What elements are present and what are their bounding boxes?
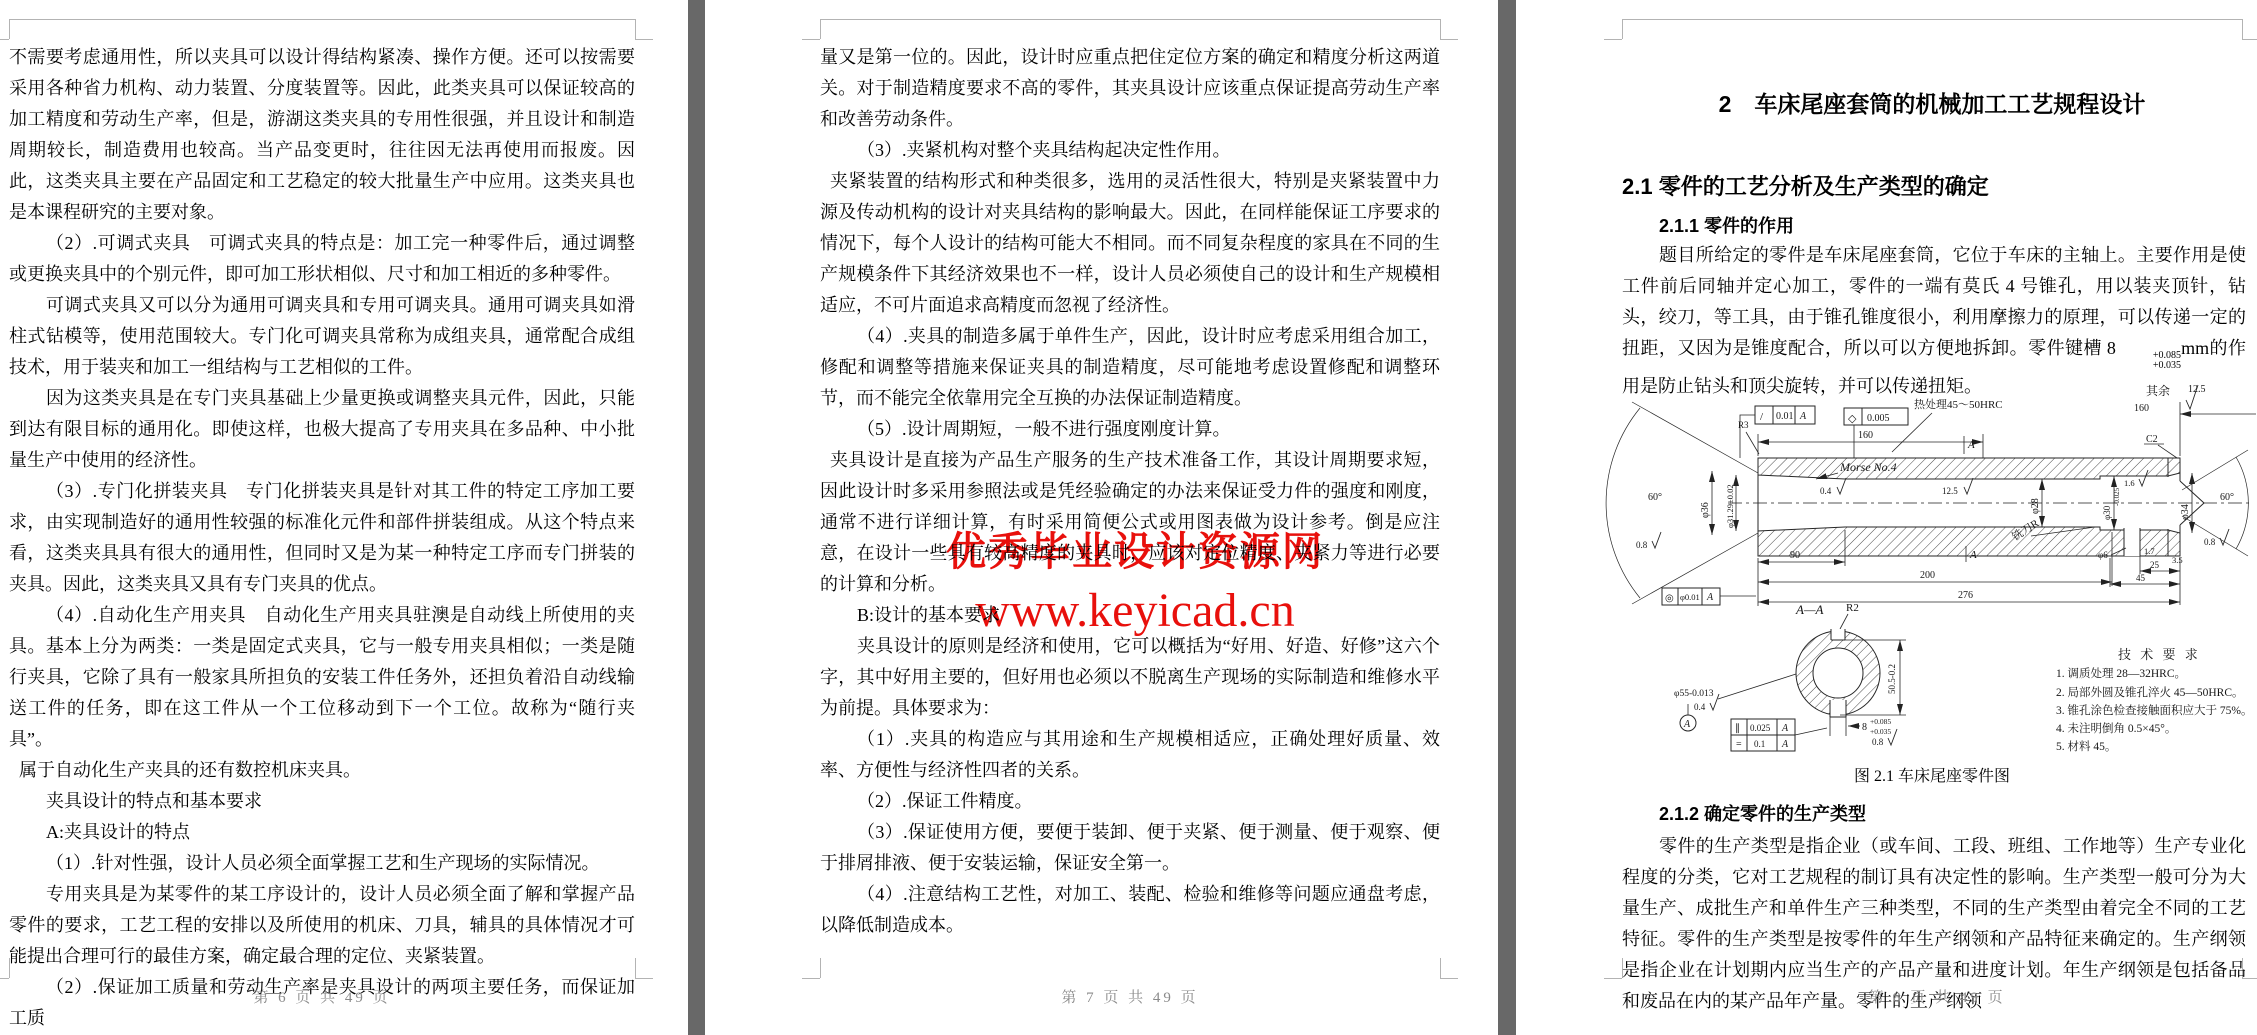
chapter-title: 2 车床尾座套筒的机械加工工艺规程设计: [1622, 86, 2242, 119]
dim-160-left: 160: [1858, 430, 1873, 441]
paragraph: A:夹具设计的特点: [9, 817, 635, 848]
paragraph: 因为这类夹具是在专门夹具基础上少量更换或调整夹具元件，因此，只能到达有限目标的通…: [9, 383, 635, 476]
watermark-site-name: 优秀毕业设计资源网: [855, 524, 1415, 580]
tech-req-item: 3. 锥孔涂色检查接触面积应大于 75%。: [2056, 703, 2252, 717]
radius-r2: R2: [1846, 602, 1859, 614]
heat-treatment-note: 热处理45～50HRC: [1914, 397, 2003, 411]
dia-28: φ28: [2030, 498, 2041, 514]
paragraph: 可调式夹具又可以分为通用可调夹具和专用可调夹具。通用可调夹具如滑柱式钻模等，使用…: [9, 290, 635, 383]
datum-a-flag: A: [1969, 549, 1977, 561]
page-number-footer: 第 6 页 共 49 页: [9, 986, 635, 1007]
concentricity-symbol: ◎: [1665, 593, 1674, 604]
tech-req-item: 2. 局部外圆及锥孔淬火 45—50HRC。: [2056, 685, 2244, 699]
page-8[interactable]: 2 车床尾座套筒的机械加工工艺规程设计 2.1 零件的工艺分析及生产类型的确定 …: [1516, 0, 2257, 1035]
paragraph: （4）.自动化生产用夹具 自动化生产用夹具驻澳是自动线上所使用的夹具。基本上分为…: [9, 600, 635, 755]
part-drawing-figure: / 0.01 A ◇ 0.005 ◎ φ0.01 A 热处理45～50HRC 1…: [1590, 378, 2257, 800]
paragraph: 专用夹具是为某零件的某工序设计的，设计人员必须全面了解和掌握产品零件的要求，工艺…: [9, 879, 635, 972]
margin-mark: [635, 978, 653, 979]
angle-60-right: 60°: [2220, 492, 2234, 503]
keyway-width: 8: [1862, 722, 1867, 733]
radius-r3: R3: [1738, 420, 1749, 430]
margin-mark: [635, 39, 653, 40]
dia-30: φ30: [2102, 505, 2112, 520]
page-number-footer: 第 8 页 共 49 页: [1622, 986, 2252, 1007]
svg-text:0.025: 0.025: [1750, 723, 1771, 733]
watermark-url: www.keyicad.cn: [855, 580, 1415, 642]
page-7[interactable]: 量又是第一位的。因此，设计时应重点把住定位方案的确定和精度分析这两道关。对于制造…: [705, 0, 1498, 1035]
svg-text:A: A: [1799, 411, 1807, 422]
finish-1-6: 1.6: [2124, 478, 2135, 488]
technical-requirements: 技 术 要 求 1. 调质处理 28—32HRC。 2. 局部外圆及锥孔淬火 4…: [2056, 647, 2252, 753]
parallelism-symbol: ∥: [1735, 723, 1740, 734]
watermark: 优秀毕业设计资源网 www.keyicad.cn: [855, 524, 1415, 642]
paragraph: （3）.保证使用方便，要便于装卸、便于夹紧、便于测量、便于观察、便于排屑排液、便…: [820, 817, 1440, 879]
paragraph: （1）.针对性强，设计人员必须全面掌握工艺和生产现场的实际情况。: [9, 848, 635, 879]
margin-mark: [1622, 19, 2242, 20]
paragraph: 不需要考虑通用性，所以夹具可以设计得结构紧凑、操作方便。还可以按需要采用各种省力…: [9, 42, 635, 228]
dia-30-tol: -0.025: [2113, 487, 2121, 506]
paragraph: 夹紧装置的结构形式和种类很多，选用的灵活性很大，特别是夹紧装置中力源及传动机构的…: [820, 166, 1440, 321]
margin-mark: [820, 19, 821, 39]
finish-0-8: 0.8: [2204, 537, 2216, 547]
margin-mark: [1622, 19, 1623, 39]
paragraph: （3）.夹紧机构对整个夹具结构起决定性作用。: [820, 135, 1440, 166]
paragraph: （2）.保证工件精度。: [820, 786, 1440, 817]
margin-mark: [9, 19, 635, 20]
dim-160-right: 160: [2134, 403, 2149, 414]
margin-mark: [802, 39, 820, 40]
document-viewer: 不需要考虑通用性，所以夹具可以设计得结构紧凑、操作方便。还可以按需要采用各种省力…: [0, 0, 2257, 1035]
paragraph-text: 题目所给定的零件是车床尾座套筒，它位于车床的主轴上。主要作用是使工件前后同轴并定…: [1622, 245, 2246, 358]
svg-text:A: A: [1781, 739, 1789, 750]
finish-0-8: 0.8: [1636, 540, 1648, 550]
svg-text:A: A: [1781, 723, 1789, 734]
dia-36: φ36: [1700, 502, 1711, 518]
sub-heading: 2.1.1 零件的作用: [1659, 212, 1794, 238]
section-heading: 2.1 零件的工艺分析及生产类型的确定: [1622, 170, 1989, 201]
margin-mark: [2242, 39, 2257, 40]
rest-surfaces-label: 其余: [2146, 383, 2170, 398]
paragraph: （3）.专门化拼装夹具 专门化拼装夹具是针对其工件的特定工序加工要求，由实现制造…: [9, 476, 635, 600]
margin-mark: [820, 958, 821, 978]
svg-text:0.01: 0.01: [1776, 411, 1794, 422]
keyway-tol-upper: +0.085: [1870, 717, 1891, 726]
finish-0-8: 0.8: [1872, 737, 1884, 747]
datum-a-flag: A: [1967, 439, 1975, 451]
dimension-lines: [1712, 402, 2256, 629]
paragraph: （1）.夹具的构造应与其用途和生产规模相适应，正确处理好质量、效率、方便性与经济…: [820, 724, 1440, 786]
margin-mark: [9, 19, 10, 39]
straightness-symbol: /: [1760, 411, 1764, 423]
svg-text:A: A: [1706, 592, 1714, 603]
paragraph: 量又是第一位的。因此，设计时应重点把住定位方案的确定和精度分析这两道关。对于制造…: [820, 42, 1440, 135]
paragraph: 夹具设计的原则是经济和使用，它可以概括为“好用、好造、好修”这六个字，其中好用主…: [820, 631, 1440, 724]
dia-55: φ55-0.013: [1674, 689, 1714, 699]
angle-60-left: 60°: [1648, 492, 1662, 503]
dim-276: 276: [1958, 590, 1973, 601]
tech-req-title: 技 术 要 求: [2118, 647, 2201, 662]
dim-25: 25: [2150, 560, 2160, 570]
margin-mark: [2242, 19, 2243, 39]
page-6[interactable]: 不需要考虑通用性，所以夹具可以设计得结构紧凑、操作方便。还可以按需要采用各种省力…: [0, 0, 688, 1035]
margin-mark: [635, 19, 636, 39]
margin-mark: [1440, 19, 1441, 39]
margin-mark: [0, 39, 9, 40]
paragraph: 属于自动化生产夹具的还有数控机床夹具。: [9, 755, 635, 786]
tolerance-stack: +0.085+0.035: [2116, 351, 2181, 371]
margin-mark: [820, 19, 1440, 20]
paragraph: （4）.注意结构工艺性，对加工、装配、检验和维修等问题应通盘考虑，以降低制造成本…: [820, 879, 1440, 941]
margin-mark: [1604, 39, 1622, 40]
dim-50-5: 50.5-0.2: [1887, 664, 1897, 694]
finish-12-5: 12.5: [1942, 486, 1958, 496]
svg-text:0.1: 0.1: [1754, 739, 1765, 749]
margin-mark: [0, 978, 9, 979]
dia-31-29: φ31.29±0.02: [1725, 484, 1735, 528]
dia-34: φ34: [2180, 504, 2191, 520]
tech-req-item: 1. 调质处理 28—32HRC。: [2056, 666, 2186, 680]
dim-1-7: 1.7: [2144, 546, 2155, 556]
paragraph: （2）.可调式夹具 可调式夹具的特点是：加工完一种零件后，通过调整或更换夹具中的…: [9, 228, 635, 290]
datum-a-flag: A: [1683, 719, 1691, 730]
dim-200: 200: [1920, 570, 1935, 581]
margin-mark: [1440, 39, 1458, 40]
tech-req-item: 4. 未注明倒角 0.5×45°。: [2056, 721, 2176, 735]
section-label: A—A: [1795, 602, 1824, 617]
page-number-footer: 第 7 页 共 49 页: [820, 986, 1440, 1007]
symmetry-symbol: =: [1736, 739, 1742, 750]
margin-mark: [802, 978, 820, 979]
sub-heading: 2.1.2 确定零件的生产类型: [1659, 800, 1866, 826]
margin-mark: [1440, 958, 1441, 978]
roundness-symbol: ◇: [1848, 413, 1857, 425]
finish-0-4: 0.4: [1694, 702, 1706, 712]
paragraph: （4）.夹具的制造多属于单件生产，因此，设计时应考虑采用组合加工，修配和调整等措…: [820, 321, 1440, 414]
morse-taper-label: Morse No.4: [1839, 460, 1897, 474]
chamfer-c2: C2: [2146, 434, 2158, 445]
dim-3-5: 3.5: [2172, 555, 2183, 565]
finish-0-4: 0.4: [1820, 486, 1832, 496]
margin-mark: [1604, 978, 1622, 979]
svg-text:0.005: 0.005: [1867, 413, 1890, 424]
figure-caption: 图 2.1 车床尾座零件图: [1622, 763, 2242, 786]
margin-mark: [1440, 978, 1458, 979]
tolerance-lower: +0.035: [2116, 361, 2181, 371]
keyway-tol-lower: +0.035: [1870, 727, 1891, 736]
dim-90: 90: [1790, 550, 1800, 561]
paragraph: （5）.设计周期短，一般不进行强度刚度计算。: [820, 414, 1440, 445]
dim-45: 45: [2136, 573, 2146, 583]
paragraph: 夹具设计的特点和基本要求: [9, 786, 635, 817]
dia-6: φ6: [2098, 550, 2108, 560]
margin-mark: [635, 958, 636, 978]
svg-text:φ0.01: φ0.01: [1680, 592, 1700, 602]
tech-req-item: 5. 材料 45。: [2056, 739, 2116, 753]
